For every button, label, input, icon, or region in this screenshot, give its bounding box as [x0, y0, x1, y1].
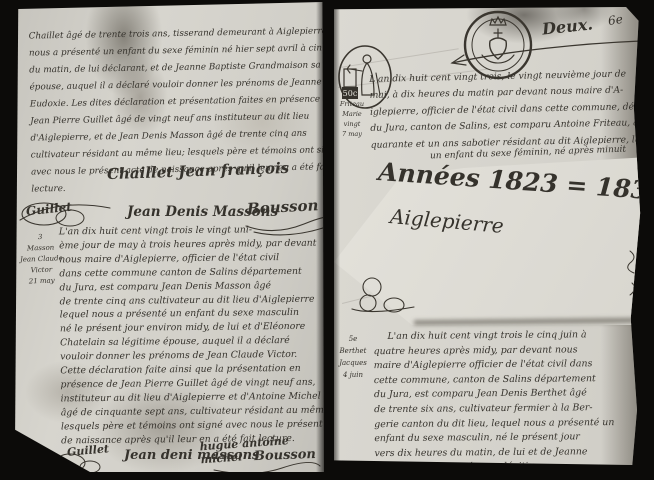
annotation-number: 6e	[607, 12, 624, 28]
page-gutter-shadow	[316, 0, 340, 478]
manuscript-line: cette commune, canton de Salins départem…	[374, 372, 632, 389]
manuscript-line: ème jour de may à trois heures après mid…	[59, 237, 323, 254]
right-register-page: 50c Deux. 6e FriteauMarievingt7 may L'an…	[334, 7, 648, 465]
stamp-value: 50c	[343, 89, 358, 98]
manuscript-line: gerie canton du dit lieu, lequel nous a …	[374, 415, 632, 432]
manuscript-line: dans cette commune canton de Salins dépa…	[59, 264, 323, 281]
page-edge-scribbles	[626, 247, 642, 307]
left-margin-note: 3MassonJean ClaudeVictor21 may	[19, 231, 63, 287]
left-register-page: Chaillet âgé de trente trois ans, tisser…	[12, 2, 324, 472]
right-act2-text: L'an dix huit cent vingt trois le cinq j…	[373, 328, 632, 476]
signature-flourish-loops	[350, 275, 420, 315]
right-act1-text: L'an dix huit cent vingt trois, le vingt…	[369, 66, 645, 154]
manuscript-line: Marie Pallelier son épouse légitime	[375, 459, 633, 476]
seal-crown	[490, 17, 506, 25]
margin-note-line: Jean Claude	[20, 253, 62, 265]
signature-flourish-guillet-2	[52, 450, 112, 476]
left-act2-text: L'an dix huit cent vingt trois le vingt …	[59, 223, 325, 448]
margin-note-line: 21 may	[21, 275, 63, 287]
manuscript-scan: Chaillet âgé de trente trois ans, tisser…	[0, 0, 654, 480]
signature-flourish-bousson-2	[212, 460, 322, 478]
